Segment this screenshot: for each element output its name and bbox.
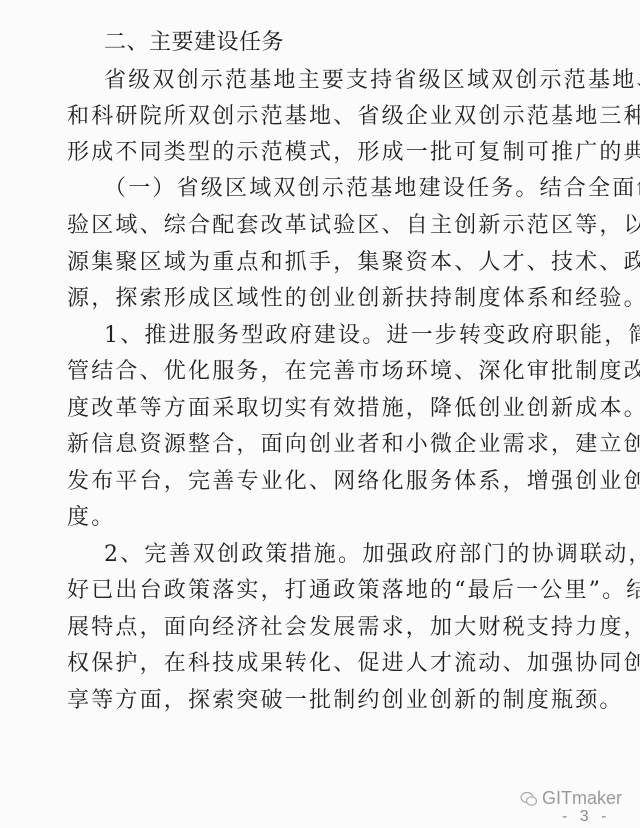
paragraph-line: 享等方面，探索突破一批制约创业创新的制度瓶颈。 [67, 686, 607, 716]
paragraph-line: 源集聚区域为重点和抓手，集聚资本、人才、技术、政策等优势资 [67, 248, 607, 278]
watermark: GITmaker [520, 788, 622, 809]
paragraph-line: 管结合、优化服务，在完善市场环境、深化审批制度改革和商事制 [67, 357, 607, 387]
page-number: - 3 - [562, 808, 610, 826]
paragraph-line: 和科研院所双创示范基地、省级企业双创示范基地三种类型，探索 [67, 102, 607, 132]
paragraph-line: 度改革等方面采取切实有效措施，降低创业创新成本。加强创业创 [67, 394, 607, 424]
document-page: 二、主要建设任务 省级双创示范基地主要支持省级区域双创示范基地、省级高校 和科研… [0, 0, 640, 828]
wechat-icon [520, 791, 538, 807]
watermark-label: GITmaker [542, 788, 622, 809]
paragraph-line: 验区域、综合配套改革试验区、自主创新示范区等，以创业创新资 [67, 211, 607, 241]
paragraph-line: 发布平台，完善专业化、网络化服务体系，增强创业创新信息透明 [67, 467, 607, 497]
paragraph-line: 展特点，面向经济社会发展需求，加大财税支持力度，强化知识产 [67, 613, 607, 643]
paragraph-line: 新信息资源整合，面向创业者和小微企业需求，建立创业政策集中 [67, 430, 607, 460]
paragraph-line: 形成不同类型的示范模式，形成一批可复制可推广的典型经验。 [67, 138, 607, 168]
paragraph-line: （一）省级区域双创示范基地建设任务。结合全面创新改革试 [104, 174, 607, 204]
section-heading: 二、主要建设任务 [104, 28, 607, 58]
paragraph-line: 权保护，在科技成果转化、促进人才流动、加强协同创新和开放共 [67, 649, 607, 679]
paragraph-line: 度。 [67, 503, 607, 533]
paragraph-line: 省级双创示范基地主要支持省级区域双创示范基地、省级高校 [104, 66, 607, 96]
paragraph-line: 好已出台政策落实，打通政策落地的“最后一公里”。结合区域发 [67, 576, 607, 606]
paragraph-line: 1、推进服务型政府建设。进一步转变政府职能，简政放权、放 [104, 321, 607, 351]
paragraph-line: 源，探索形成区域性的创业创新扶持制度体系和经验。 [67, 284, 607, 314]
paragraph-line: 2、完善双创政策措施。加强政府部门的协调联动，多管齐下抓 [104, 540, 607, 570]
